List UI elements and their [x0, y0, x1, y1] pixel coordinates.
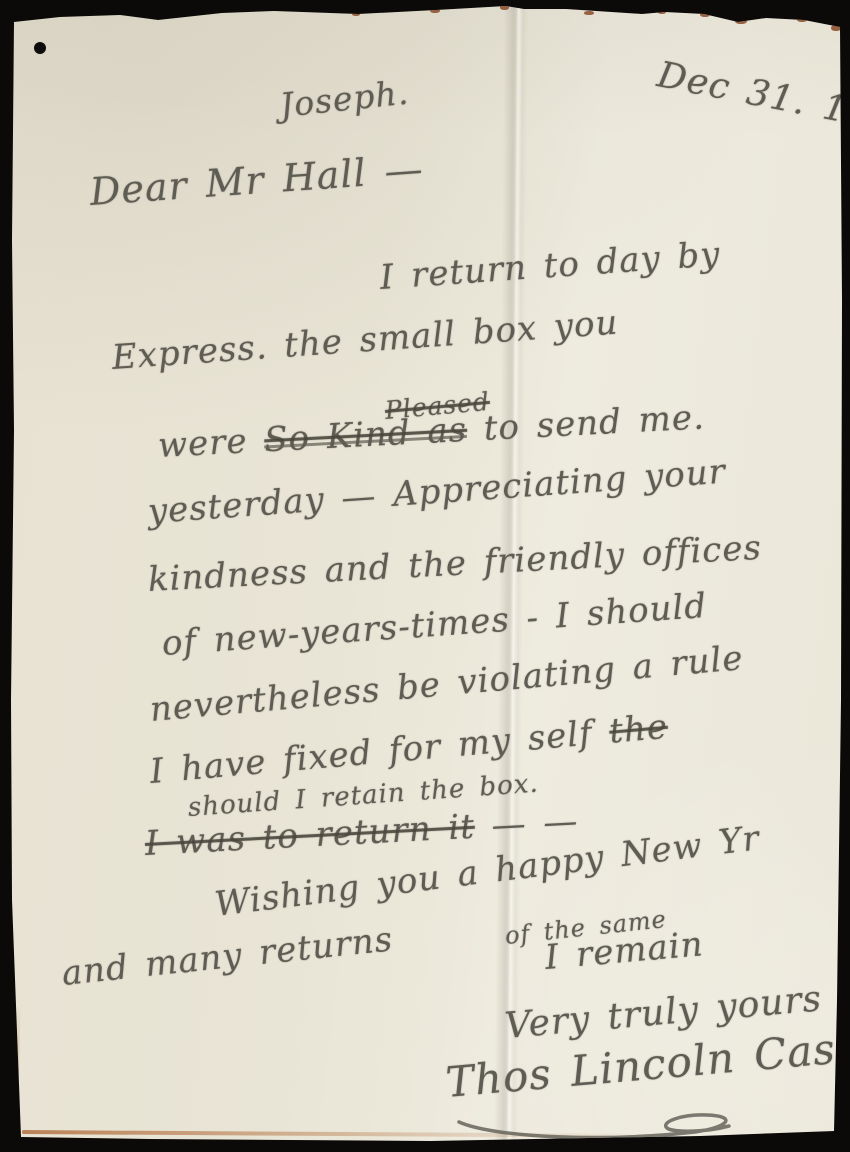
handwriting-line-2: Express. the small box you [111, 303, 620, 378]
letter-date: Dec 31. 1877 [654, 54, 850, 145]
line9-dashes: — — [491, 801, 580, 845]
paper-edge-chip [430, 8, 440, 13]
line3-text: were [157, 421, 249, 466]
handwriting-line-4: yesterday — Appreciating your [147, 452, 728, 532]
line8-struck-text: the [608, 707, 670, 752]
letter-photo: Dec 31. 1877 Joseph. Dear Mr Hall — I re… [0, 0, 850, 1152]
letter-paper: Dec 31. 1877 Joseph. Dear Mr Hall — I re… [0, 0, 850, 1152]
line3-struck-text: So Kind as [263, 410, 468, 461]
paper-edge-chip [797, 17, 807, 22]
paper-edge-chip [500, 5, 509, 10]
paper-edge-chip [735, 18, 747, 24]
paper-edge-chip [700, 12, 710, 17]
signature-flourish [455, 1106, 745, 1146]
paper-edge-chip [352, 12, 360, 16]
punch-hole [34, 42, 46, 54]
docket-note: Joseph. [278, 73, 411, 125]
salutation-line: Dear Mr Hall — [88, 147, 424, 214]
paper-edge-chip [658, 10, 666, 14]
paper-left-edge-toning [13, 1004, 20, 1134]
handwriting-line-11: and many returns [60, 919, 395, 994]
handwriting-line-1: I return to day by [379, 234, 722, 298]
paper-edge-chip [831, 25, 841, 31]
paper-edge-chip [584, 11, 594, 15]
